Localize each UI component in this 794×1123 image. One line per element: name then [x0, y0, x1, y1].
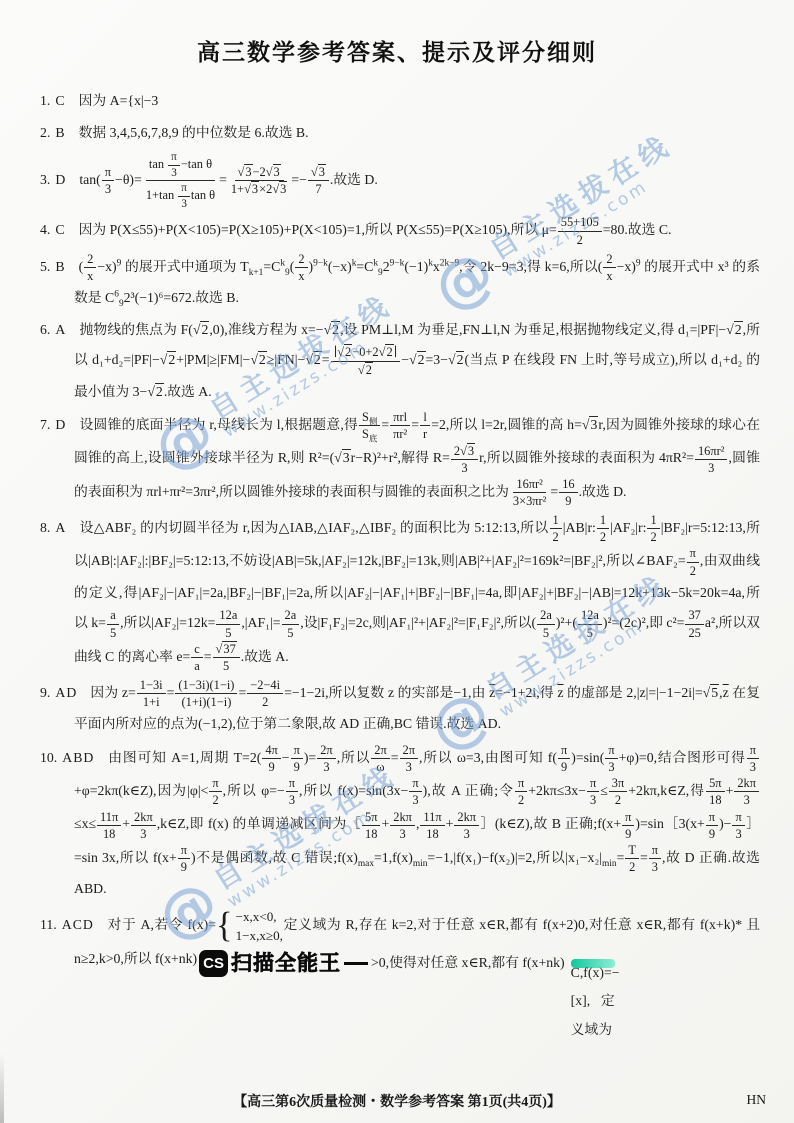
answer-text: (2x−x)9 的展开式中通项为 Tk+1=Ck9(2x)9−k(−x)k=Ck… — [74, 259, 760, 305]
answer-number: 9. — [40, 685, 50, 700]
answer-text: 因为 P(X≤55)+P(X<105)=P(X≥105)+P(X<105)=1,… — [79, 222, 672, 237]
scanned-answer-sheet-page: 高三数学参考答案、提示及评分细则 1.C因为 A={x|−3 2.B数据 3,4… — [0, 0, 794, 1123]
answer-item: 5.B(2x−x)9 的展开式中通项为 Tk+1=Ck9(2x)9−k(−x)k… — [40, 251, 760, 313]
answer-text: 设△ABF₂ 的内切圆半径为 r,因为△IAB,△IAF₂,△IBF₂ 的面积比… — [74, 520, 760, 664]
camscanner-strike-line — [344, 962, 368, 966]
answer-item: 1.C因为 A={x|−3 — [40, 87, 760, 116]
answer-choice: ACD — [62, 917, 94, 932]
page-footer: 【高三第6次质量检测・数学参考答案 第1页(共4页)】 HN — [0, 1091, 794, 1111]
scan-edge-artifact — [0, 1053, 4, 1123]
answer-text: 因为 z=1−3i1+i=(1−3i)(1−i)(1+i)(1−i)=−2−4i… — [74, 685, 760, 731]
answer-choice: D — [55, 172, 66, 187]
answer-number: 7. — [40, 417, 50, 432]
answer-number: 8. — [40, 520, 50, 535]
answer-number: 5. — [40, 259, 50, 274]
answer-number: 3. — [40, 172, 50, 187]
camscanner-watermark: CS扫描全能王>0,使得对任意 x∈R,都有 f(x+nk)C,f(x)=−[x… — [199, 949, 617, 978]
answer-text: 抛物线的焦点为 F(√2,0),准线方程为 x=−√2,设 PM⊥l,M 为垂足… — [74, 322, 760, 399]
answer-text: 对于 A,若令 f(x)={−x,x<0,1−x,x≥0,定义域为 R,存在 k… — [74, 917, 760, 966]
answer-choice: D — [55, 417, 66, 432]
answer-choice: C — [55, 222, 65, 237]
answer-text: 设圆锥的底面半径为 r,母线长为 l,根据题意,得S侧S底=πrlπr²=lr=… — [74, 417, 760, 499]
camscanner-logo-icon: CS — [199, 950, 228, 977]
answer-text: 由图可知 A=1,周期 T=2(4π9−π9)=2π3,所以2πω=2π3,所以… — [74, 750, 760, 896]
answer-number: 6. — [40, 322, 50, 337]
footer-region-code: HN — [747, 1092, 767, 1108]
answer-item: 9.AD因为 z=1−3i1+i=(1−3i)(1−i)(1+i)(1−i)=−… — [40, 677, 760, 739]
answer-choice: ABD — [62, 750, 94, 765]
answers-list: 1.C因为 A={x|−3 2.B数据 3,4,5,6,7,8,9 的中位数是 … — [0, 87, 794, 978]
answer-item: 4.C因为 P(X≤55)+P(X<105)=P(X≥105)+P(X<105)… — [40, 214, 760, 247]
answer-item: 7.D设圆锥的底面半径为 r,母线长为 l,根据题意,得S侧S底=πrlπr²=… — [40, 409, 760, 509]
camscanner-label: 扫描全能王 — [231, 953, 341, 974]
answer-number: 10. — [40, 750, 57, 765]
answer-choice: B — [55, 125, 65, 140]
answer-number: 4. — [40, 222, 50, 237]
answer-item: 2.B数据 3,4,5,6,7,8,9 的中位数是 6.故选 B. — [40, 119, 760, 148]
answer-choice: C — [55, 93, 65, 108]
footer-text: 【高三第6次质量检测・数学参考答案 第1页(共4页)】 — [233, 1095, 561, 1110]
page-title: 高三数学参考答案、提示及评分细则 — [40, 34, 754, 67]
answer-choice: A — [55, 322, 66, 337]
answer-number: 11. — [40, 917, 57, 932]
answer-text: 因为 A={x|−3 — [79, 93, 159, 108]
teal-highlight-mark: C,f(x)=−[x],定义域为 — [571, 959, 615, 968]
answer-choice: B — [55, 259, 65, 274]
answer-item: 10.ABD由图可知 A=1,周期 T=2(4π9−π9)=2π3,所以2πω=… — [40, 742, 760, 904]
answer-item: 3.Dtan(π3−θ)=tan π3−tan θ1+tan π3tan θ= … — [40, 150, 760, 211]
answer-choice: AD — [55, 685, 77, 700]
answer-text: tan(π3−θ)=tan π3−tan θ1+tan π3tan θ= √3−… — [79, 172, 378, 187]
answer-choice: A — [55, 520, 66, 535]
answer-item: 8.A设△ABF₂ 的内切圆半径为 r,因为△IAB,△IAF₂,△IBF₂ 的… — [40, 512, 760, 674]
answer-number: 2. — [40, 125, 50, 140]
answer-text: 数据 3,4,5,6,7,8,9 的中位数是 6.故选 B. — [79, 125, 309, 140]
answer-number: 1. — [40, 93, 50, 108]
answer-item: 6.A抛物线的焦点为 F(√2,0),准线方程为 x=−√2,设 PM⊥l,M … — [40, 316, 760, 407]
answer-item: 11.ACD对于 A,若令 f(x)={−x,x<0,1−x,x≥0,定义域为 … — [40, 907, 760, 978]
